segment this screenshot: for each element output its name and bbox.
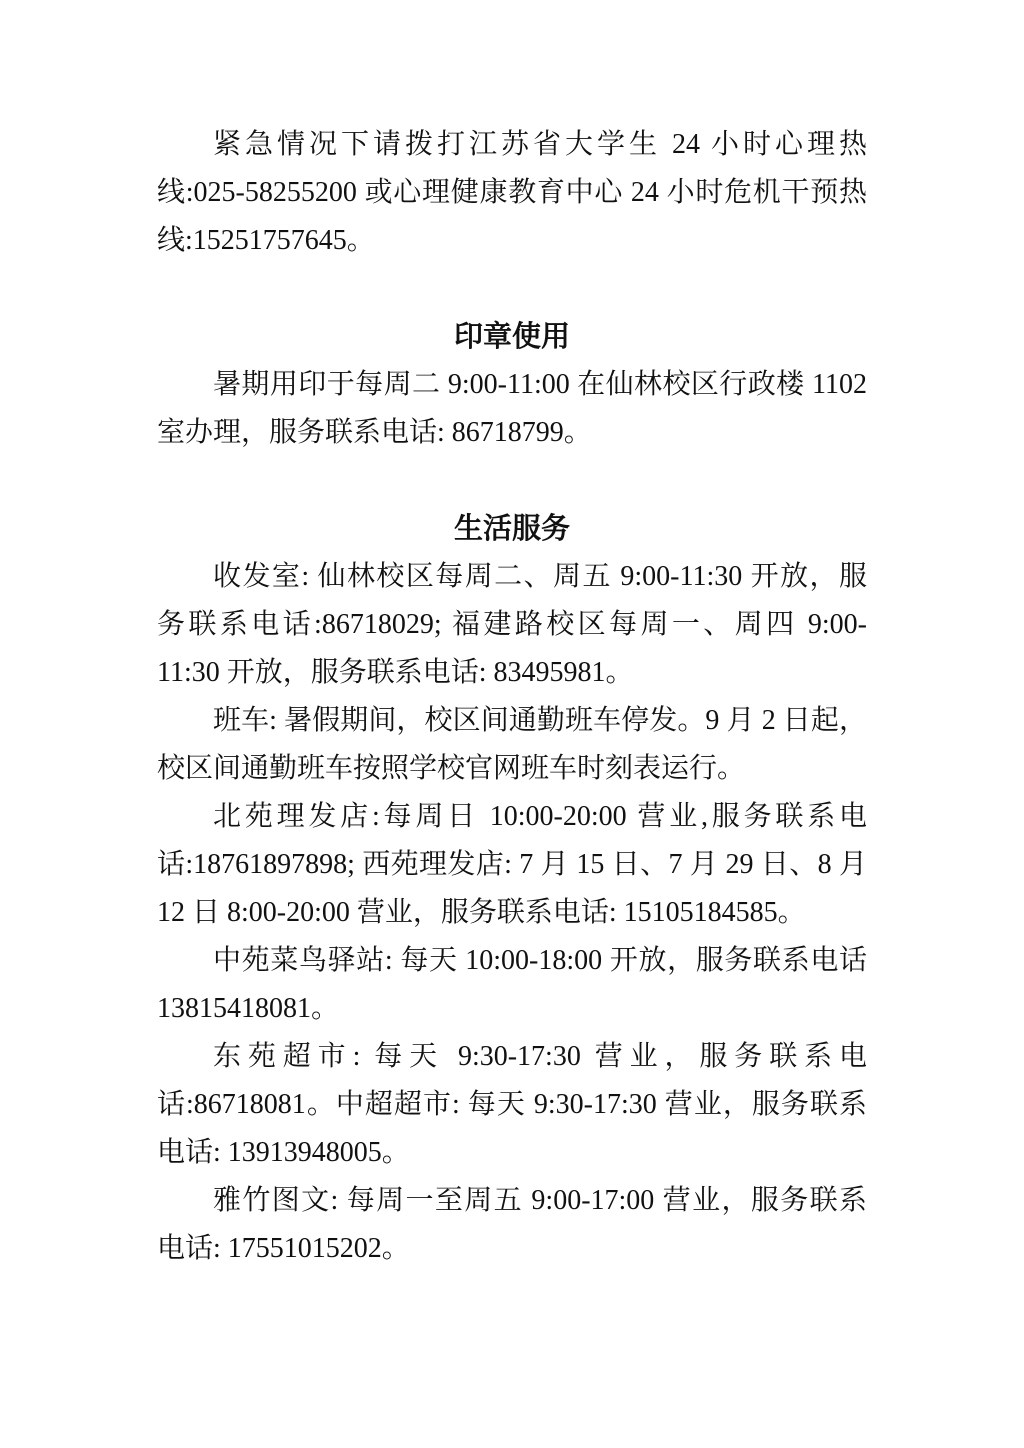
paragraph-emergency-hotline: 紧急情况下请拨打江苏省大学生 24 小时心理热线:025-58255200 或心… <box>157 121 867 265</box>
section-heading-seal-usage: 印章使用 <box>157 313 867 361</box>
paragraph-print-shop: 雅竹图文: 每周一至周五 9:00-17:00 营业，服务联系电话: 17551… <box>157 1177 867 1273</box>
paragraph-cainiao-station: 中苑菜鸟驿站: 每天 10:00-18:00 开放，服务联系电话 1381541… <box>157 937 867 1033</box>
paragraph-mail-room: 收发室: 仙林校区每周二、周五 9:00-11:30 开放，服务联系电话:867… <box>157 553 867 697</box>
section-heading-life-services: 生活服务 <box>157 505 867 553</box>
paragraph-barber-shops: 北苑理发店:每周日 10:00-20:00 营业,服务联系电话:18761897… <box>157 793 867 937</box>
paragraph-seal-usage: 暑期用印于每周二 9:00-11:00 在仙林校区行政楼 1102 室办理，服务… <box>157 361 867 457</box>
paragraph-supermarkets: 东苑超市: 每天 9:30-17:30 营业，服务联系电话:86718081。中… <box>157 1033 867 1177</box>
paragraph-shuttle-bus: 班车: 暑假期间，校区间通勤班车停发。9 月 2 日起，校区间通勤班车按照学校官… <box>157 697 867 793</box>
document-page: 紧急情况下请拨打江苏省大学生 24 小时心理热线:025-58255200 或心… <box>0 0 1024 1448</box>
